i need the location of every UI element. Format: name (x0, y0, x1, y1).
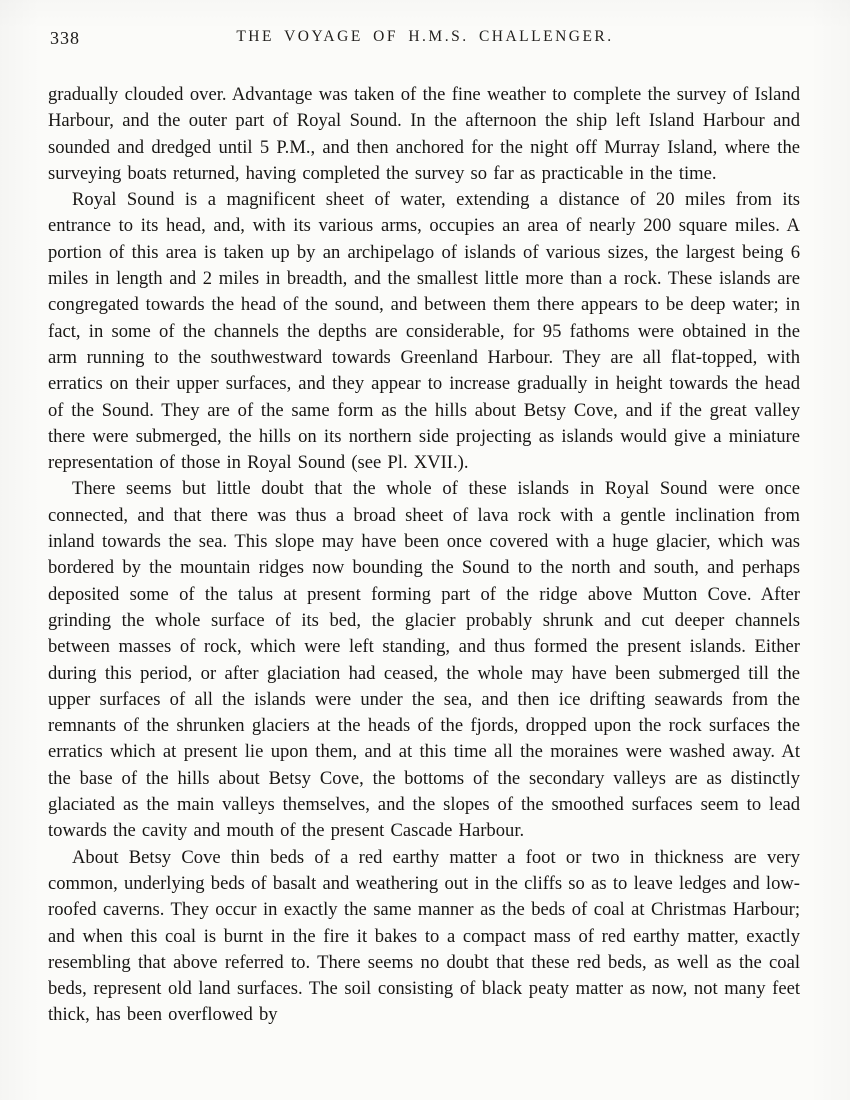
page-header: 338 THE VOYAGE OF H.M.S. CHALLENGER. (0, 26, 850, 56)
paragraph: About Betsy Cove thin beds of a red eart… (48, 845, 800, 1029)
book-page: 338 THE VOYAGE OF H.M.S. CHALLENGER. gra… (0, 0, 850, 1100)
page-body: gradually clouded over. Advantage was ta… (48, 82, 800, 1029)
paragraph: There seems but little doubt that the wh… (48, 476, 800, 844)
paragraph: gradually clouded over. Advantage was ta… (48, 82, 800, 187)
running-title: THE VOYAGE OF H.M.S. CHALLENGER. (0, 28, 850, 46)
paragraph: Royal Sound is a magnificent sheet of wa… (48, 187, 800, 476)
